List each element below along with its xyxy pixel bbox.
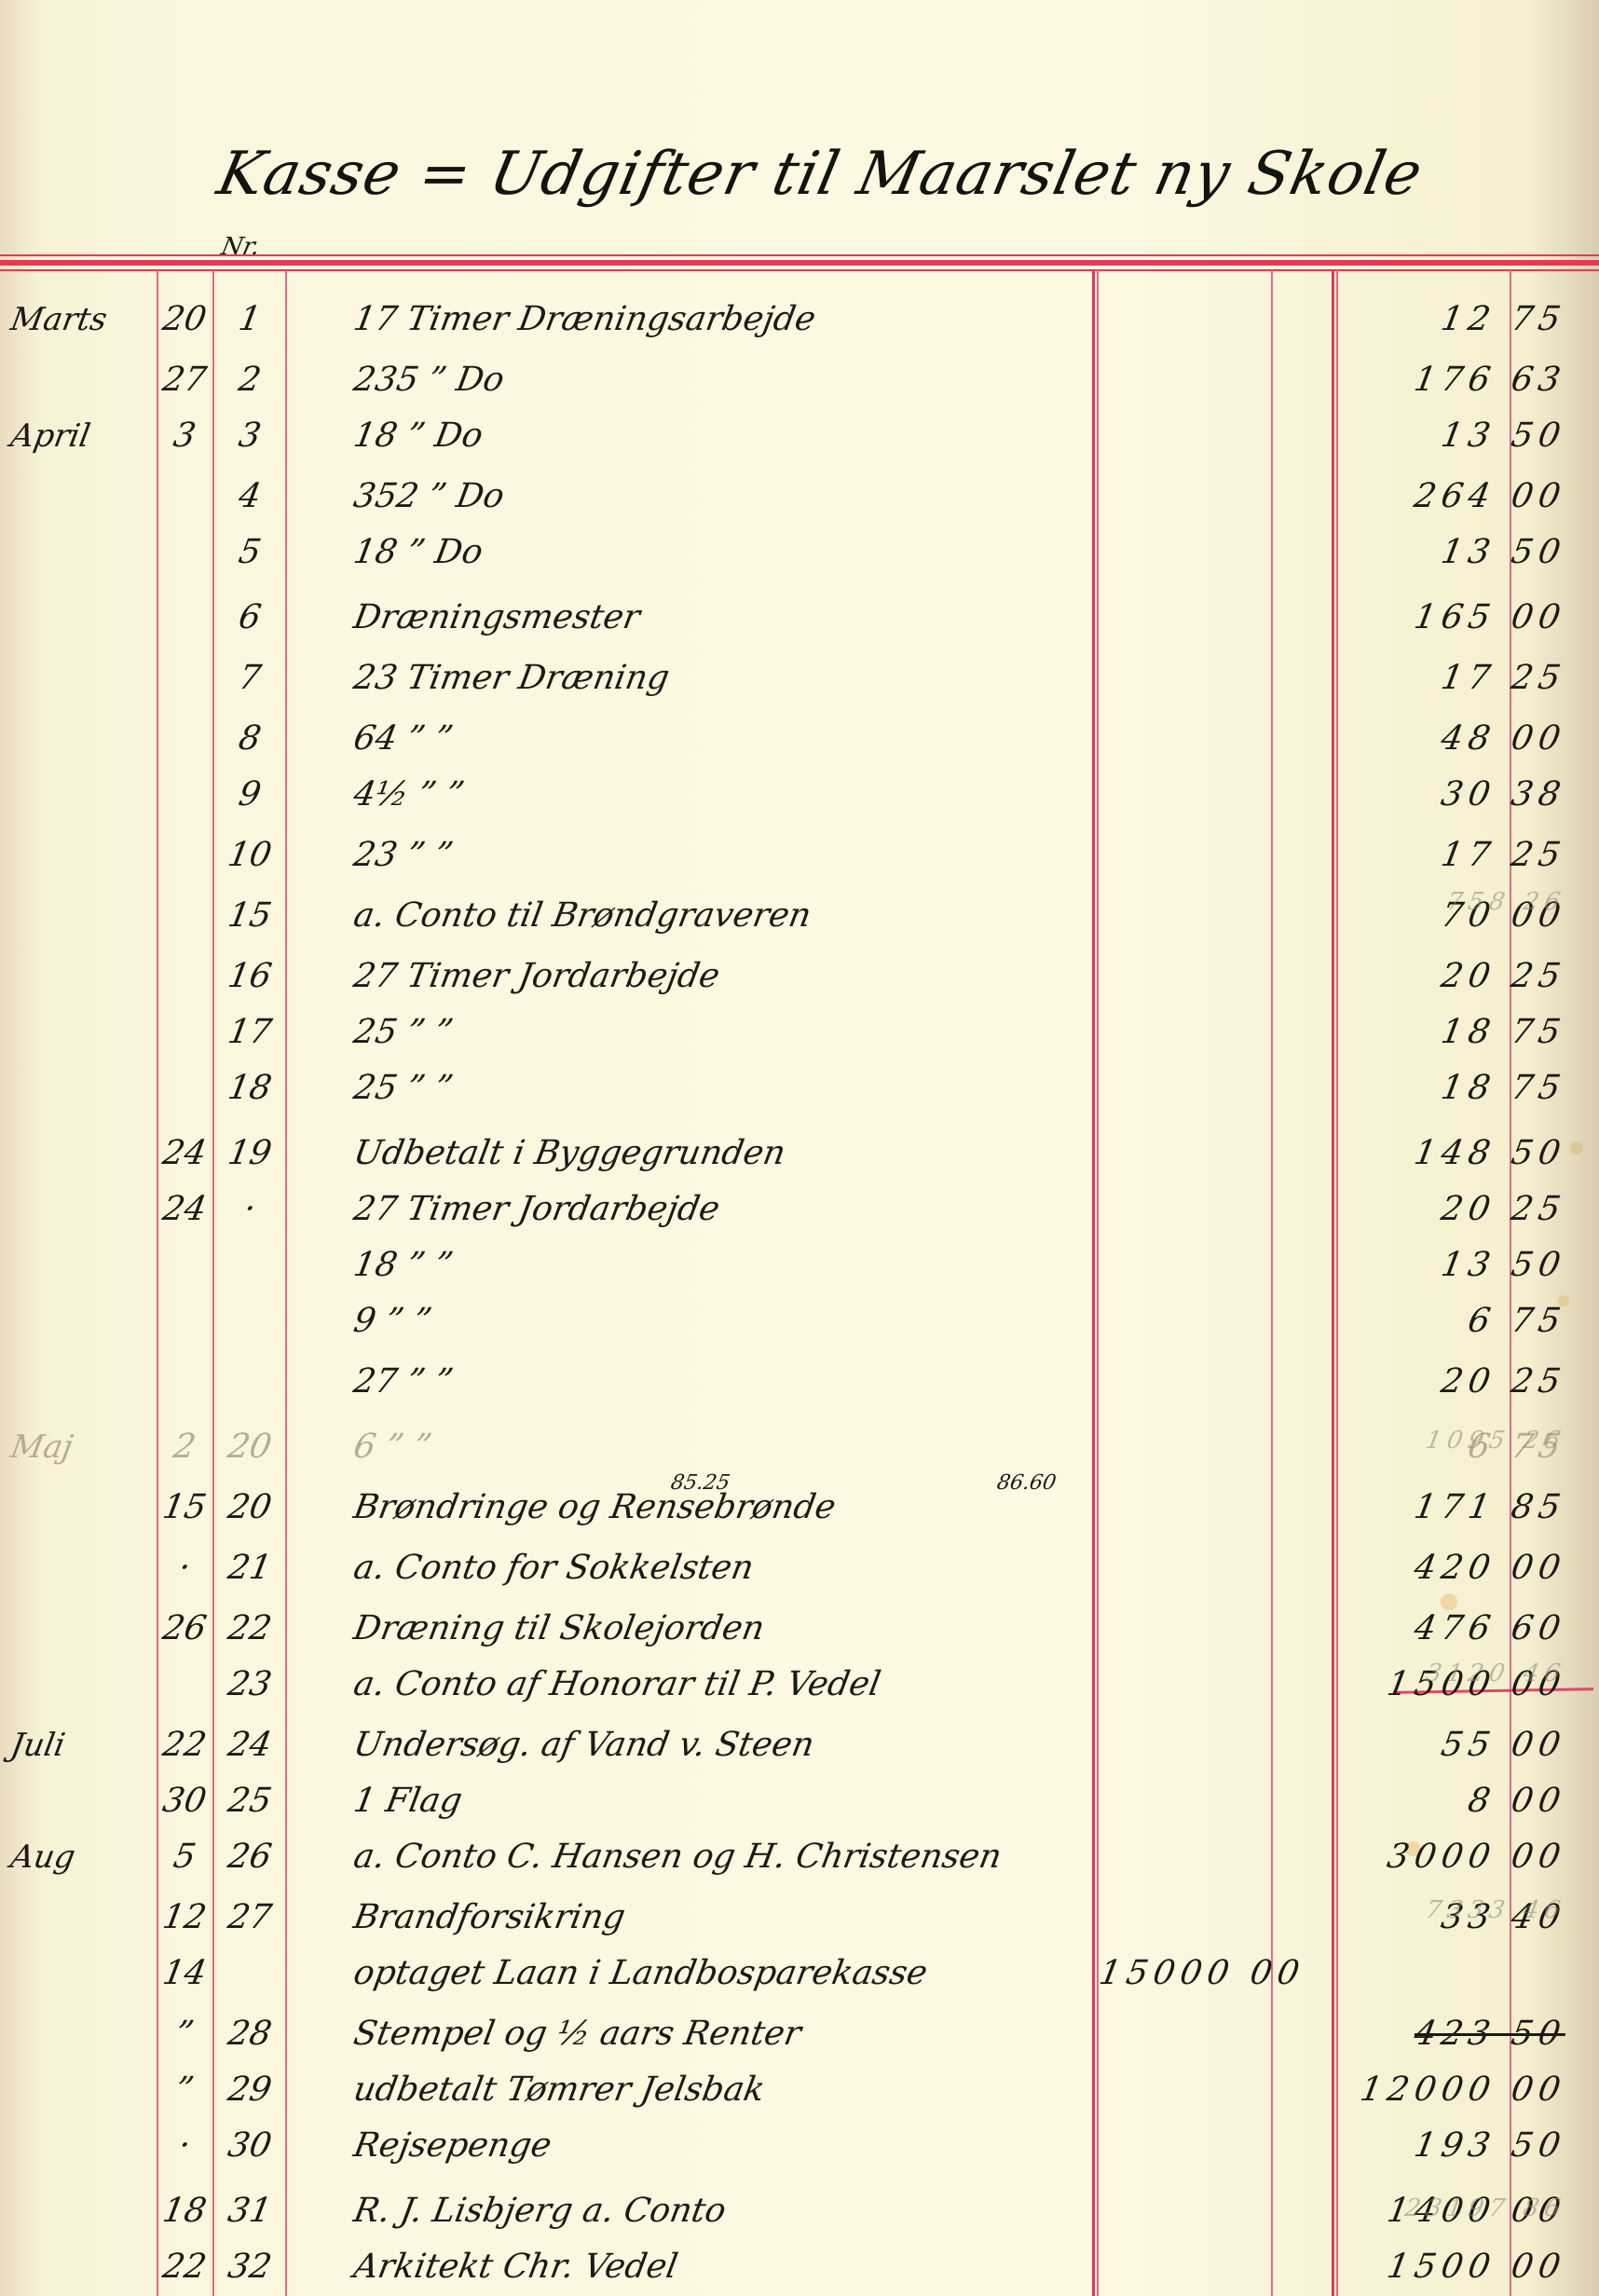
ledger-row: 18 ” ”13 50 [0,1247,1599,1293]
entry-number: 26 [213,1838,285,1876]
entry-number: 27 [213,1899,285,1936]
entry-expense-amount: 1500 00 [1338,2248,1568,2286]
entry-description: a. Conto for Sokkelsten [350,1550,756,1587]
entry-month: Aug [7,1838,77,1876]
entry-description: 25 ” ” [350,1014,456,1051]
entry-expense-amount: 264 00 [1338,478,1568,515]
entry-number: 4 [213,478,285,515]
ledger-row: Aug526a. Conto C. Hansen og H. Christens… [0,1838,1599,1885]
entry-expense-amount: 13 50 [1338,1247,1568,1284]
entry-day: 26 [157,1610,212,1647]
entry-number: 9 [213,776,285,813]
entry-description: 4½ ” ” [350,776,467,813]
entry-day: 12 [157,1899,212,1936]
ledger-row: 723 Timer Dræning17 25 [0,660,1599,706]
ledger-row: 9 ” ”6 75 [0,1303,1599,1349]
entry-number: 32 [213,2248,285,2286]
entry-day: 3 [157,417,212,455]
ledger-row: ”29udbetalt Tømrer Jelsbak12000 00 [0,2071,1599,2118]
header-rule-top [0,254,1599,256]
entry-number: 10 [213,837,285,874]
entry-annotation-left: 85.25 [667,1465,732,1502]
entry-number: 30 [213,2127,285,2165]
entry-description: Undersøg. af Vand v. Steen [350,1727,816,1764]
entry-day: ” [157,2016,212,2053]
ledger-row: 2232Arkitekt Chr. Vedel1500 00 [0,2248,1599,2295]
entry-month: April [7,417,92,455]
entry-number: 3 [213,417,285,455]
entry-description: 235 ” Do [350,362,507,399]
entry-number: 2 [213,362,285,399]
ledger-row: 2622Dræning til Skolejorden476 60 [0,1610,1599,1657]
entry-expense-amount: 193 50 [1338,2127,1568,2165]
entry-number: 17 [213,1014,285,1051]
entry-expense-amount: 165 00 [1338,599,1568,636]
entry-description: optaget Laan i Landbosparekasse [350,1955,930,1992]
entry-expense-amount: 12000 00 [1338,2071,1568,2109]
entry-description: Brandforsikring [350,1899,627,1936]
entry-number: 22 [213,1610,285,1647]
entry-expense-amount: 17 25 [1338,837,1568,874]
entry-number: 21 [213,1550,285,1587]
ledger-row: 14optaget Laan i Landbosparekasse15000 0… [0,1955,1599,2002]
entry-description: a. Conto C. Hansen og H. Christensen [350,1838,1004,1876]
entry-description: 18 ” Do [350,417,485,455]
entry-expense-amount: 6 75 [1338,1303,1568,1340]
pencil-subtotal: 23197 86 [1338,2190,1568,2227]
entry-description: R. J. Lisbjerg a. Conto [350,2193,729,2230]
entry-description: 352 ” Do [350,478,507,515]
entry-number: 29 [213,2071,285,2109]
ledger-row: 24·27 Timer Jordarbejde20 25 [0,1191,1599,1237]
entry-description: 25 ” ” [350,1070,456,1107]
entry-expense-amount: 55 00 [1338,1727,1568,1764]
entry-number: 5 [213,534,285,571]
entry-expense-amount: 20 25 [1338,1191,1568,1228]
entry-number: 23 [213,1666,285,1703]
entry-description: Stempel og ½ aars Renter [350,2016,803,2053]
entry-description: a. Conto til Brøndgraveren [350,897,813,935]
pencil-subtotal: 758 26 [1338,883,1568,921]
entry-description: Brøndringe og Rensebrønde [350,1489,838,1526]
ledger-row: ·21a. Conto for Sokkelsten420 00 [0,1550,1599,1596]
entry-number: 6 [213,599,285,636]
ledger-row: 864 ” ”48 00 [0,720,1599,767]
entry-description: 27 ” ” [350,1363,456,1401]
entry-month: Marts [7,301,110,338]
entry-month: Juli [7,1727,67,1764]
entry-expense-amount: 18 75 [1338,1070,1568,1107]
entry-day: ” [157,2071,212,2109]
header-rule-main [0,260,1599,266]
entry-number: 20 [213,1489,285,1526]
entry-description: 6 ” ” [350,1428,434,1466]
ledger-row: 4352 ” Do264 00 [0,478,1599,525]
entry-expense-amount: 30 38 [1338,776,1568,813]
entry-description: Rejsepenge [350,2127,553,2165]
entry-description: 18 ” Do [350,534,485,571]
entry-annotation-right: 86.60 [993,1465,1059,1502]
entry-number: 19 [213,1135,285,1172]
entry-day: 24 [157,1135,212,1172]
entry-description: a. Conto af Honorar til P. Vedel [350,1666,882,1703]
entry-number: 20 [213,1428,285,1466]
ledger-row: ”28Stempel og ½ aars Renter423 50 [0,2016,1599,2062]
entry-description: 27 Timer Jordarbejde [350,958,722,995]
ledger-row: 518 ” Do13 50 [0,534,1599,581]
entry-month: Maj [7,1428,75,1466]
entry-description: 23 Timer Dræning [350,660,672,697]
entry-expense-amount: 13 50 [1338,534,1568,571]
entry-expense-amount: 12 75 [1338,301,1568,338]
entry-number: 25 [213,1783,285,1820]
entry-number: 24 [213,1727,285,1764]
entry-description: 9 ” ” [350,1303,434,1340]
ledger-row: ·30Rejsepenge193 50 [0,2127,1599,2174]
entry-number: 31 [213,2193,285,2230]
entry-description: udbetalt Tømrer Jelsbak [350,2071,767,2109]
ledger-row: April3318 ” Do13 50 [0,417,1599,464]
entry-expense-amount: 423 50 [1338,2016,1568,2053]
entry-expense-amount: 171 85 [1338,1489,1568,1526]
entry-expense-amount: 420 00 [1338,1550,1568,1587]
entry-number: 8 [213,720,285,758]
entry-day: 20 [157,301,212,338]
entry-day: 24 [157,1191,212,1228]
entry-description: 27 Timer Jordarbejde [350,1191,722,1228]
entry-description: Udbetalt i Byggegrunden [350,1135,787,1172]
entry-day: 14 [157,1955,212,1992]
entry-number: 16 [213,958,285,995]
entry-number: 1 [213,301,285,338]
ledger-title: Kasse = Udgifter til Maarslet ny Skole [212,140,1428,209]
entry-description: Arkitekt Chr. Vedel [350,2248,680,2286]
ledger-row: 1725 ” ”18 75 [0,1014,1599,1060]
entry-day: 18 [157,2193,212,2230]
entry-day: 22 [157,1727,212,1764]
entry-day: 2 [157,1428,212,1466]
ledger-row: 272235 ” Do176 63 [0,362,1599,408]
ledger-row: 30251 Flag8 00 [0,1783,1599,1829]
entry-number: 15 [213,897,285,935]
entry-description: Dræningsmester [350,599,642,636]
ledger-row: Juli2224Undersøg. af Vand v. Steen55 00 [0,1727,1599,1773]
header-rule-bottom [0,269,1599,271]
entry-day: 5 [157,1838,212,1876]
entry-number: 18 [213,1070,285,1107]
entry-day: 15 [157,1489,212,1526]
entry-number: 7 [213,660,285,697]
ledger-row: 1825 ” ”18 75 [0,1070,1599,1116]
entry-day: · [157,2127,212,2165]
ledger-row: 1023 ” ”17 25 [0,837,1599,883]
entry-description: 17 Timer Dræningsarbejde [350,301,818,338]
ledger-row: 1627 Timer Jordarbejde20 25 [0,958,1599,1004]
entry-income-amount: 15000 00 [1096,1955,1270,1992]
entry-expense-amount: 8 00 [1338,1783,1568,1820]
entry-expense-amount: 20 25 [1338,958,1568,995]
pencil-subtotal: 3120 46 [1338,1655,1568,1692]
entry-number: 28 [213,2016,285,2053]
entry-day: · [157,1550,212,1587]
entry-expense-amount: 476 60 [1338,1610,1568,1647]
ledger-row: 2419Udbetalt i Byggegrunden148 50 [0,1135,1599,1182]
entry-day: 30 [157,1783,212,1820]
entry-expense-amount: 48 00 [1338,720,1568,758]
entry-description: 18 ” ” [350,1247,456,1284]
entry-expense-amount: 148 50 [1338,1135,1568,1172]
pencil-subtotal: 7333 46 [1338,1892,1568,1929]
ledger-row: Marts20117 Timer Dræningsarbejde12 75 [0,301,1599,348]
entry-day: 22 [157,2248,212,2286]
entry-expense-amount: 13 50 [1338,417,1568,455]
entry-number: · [213,1191,285,1228]
entry-day: 27 [157,362,212,399]
pencil-subtotal: 1095 26 [1338,1422,1568,1459]
entry-description: 23 ” ” [350,837,456,874]
ledger-row: 1520Brøndringe og Rensebrønde171 8585.25… [0,1489,1599,1536]
entry-description: 1 Flag [350,1783,464,1820]
entry-expense-amount: 17 25 [1338,660,1568,697]
entry-expense-amount: 20 25 [1338,1363,1568,1401]
entry-expense-amount: 18 75 [1338,1014,1568,1051]
entry-expense-amount: 3000 00 [1338,1838,1568,1876]
ledger-row: 6Dræningsmester165 00 [0,599,1599,646]
entry-description: 64 ” ” [350,720,456,758]
entry-expense-amount: 176 63 [1338,362,1568,399]
ledger-row: 94½ ” ”30 38 [0,776,1599,823]
ledger-row: 27 ” ”20 25 [0,1363,1599,1410]
nr-column-label: Nr. [219,233,263,261]
entry-description: Dræning til Skolejorden [350,1610,767,1647]
